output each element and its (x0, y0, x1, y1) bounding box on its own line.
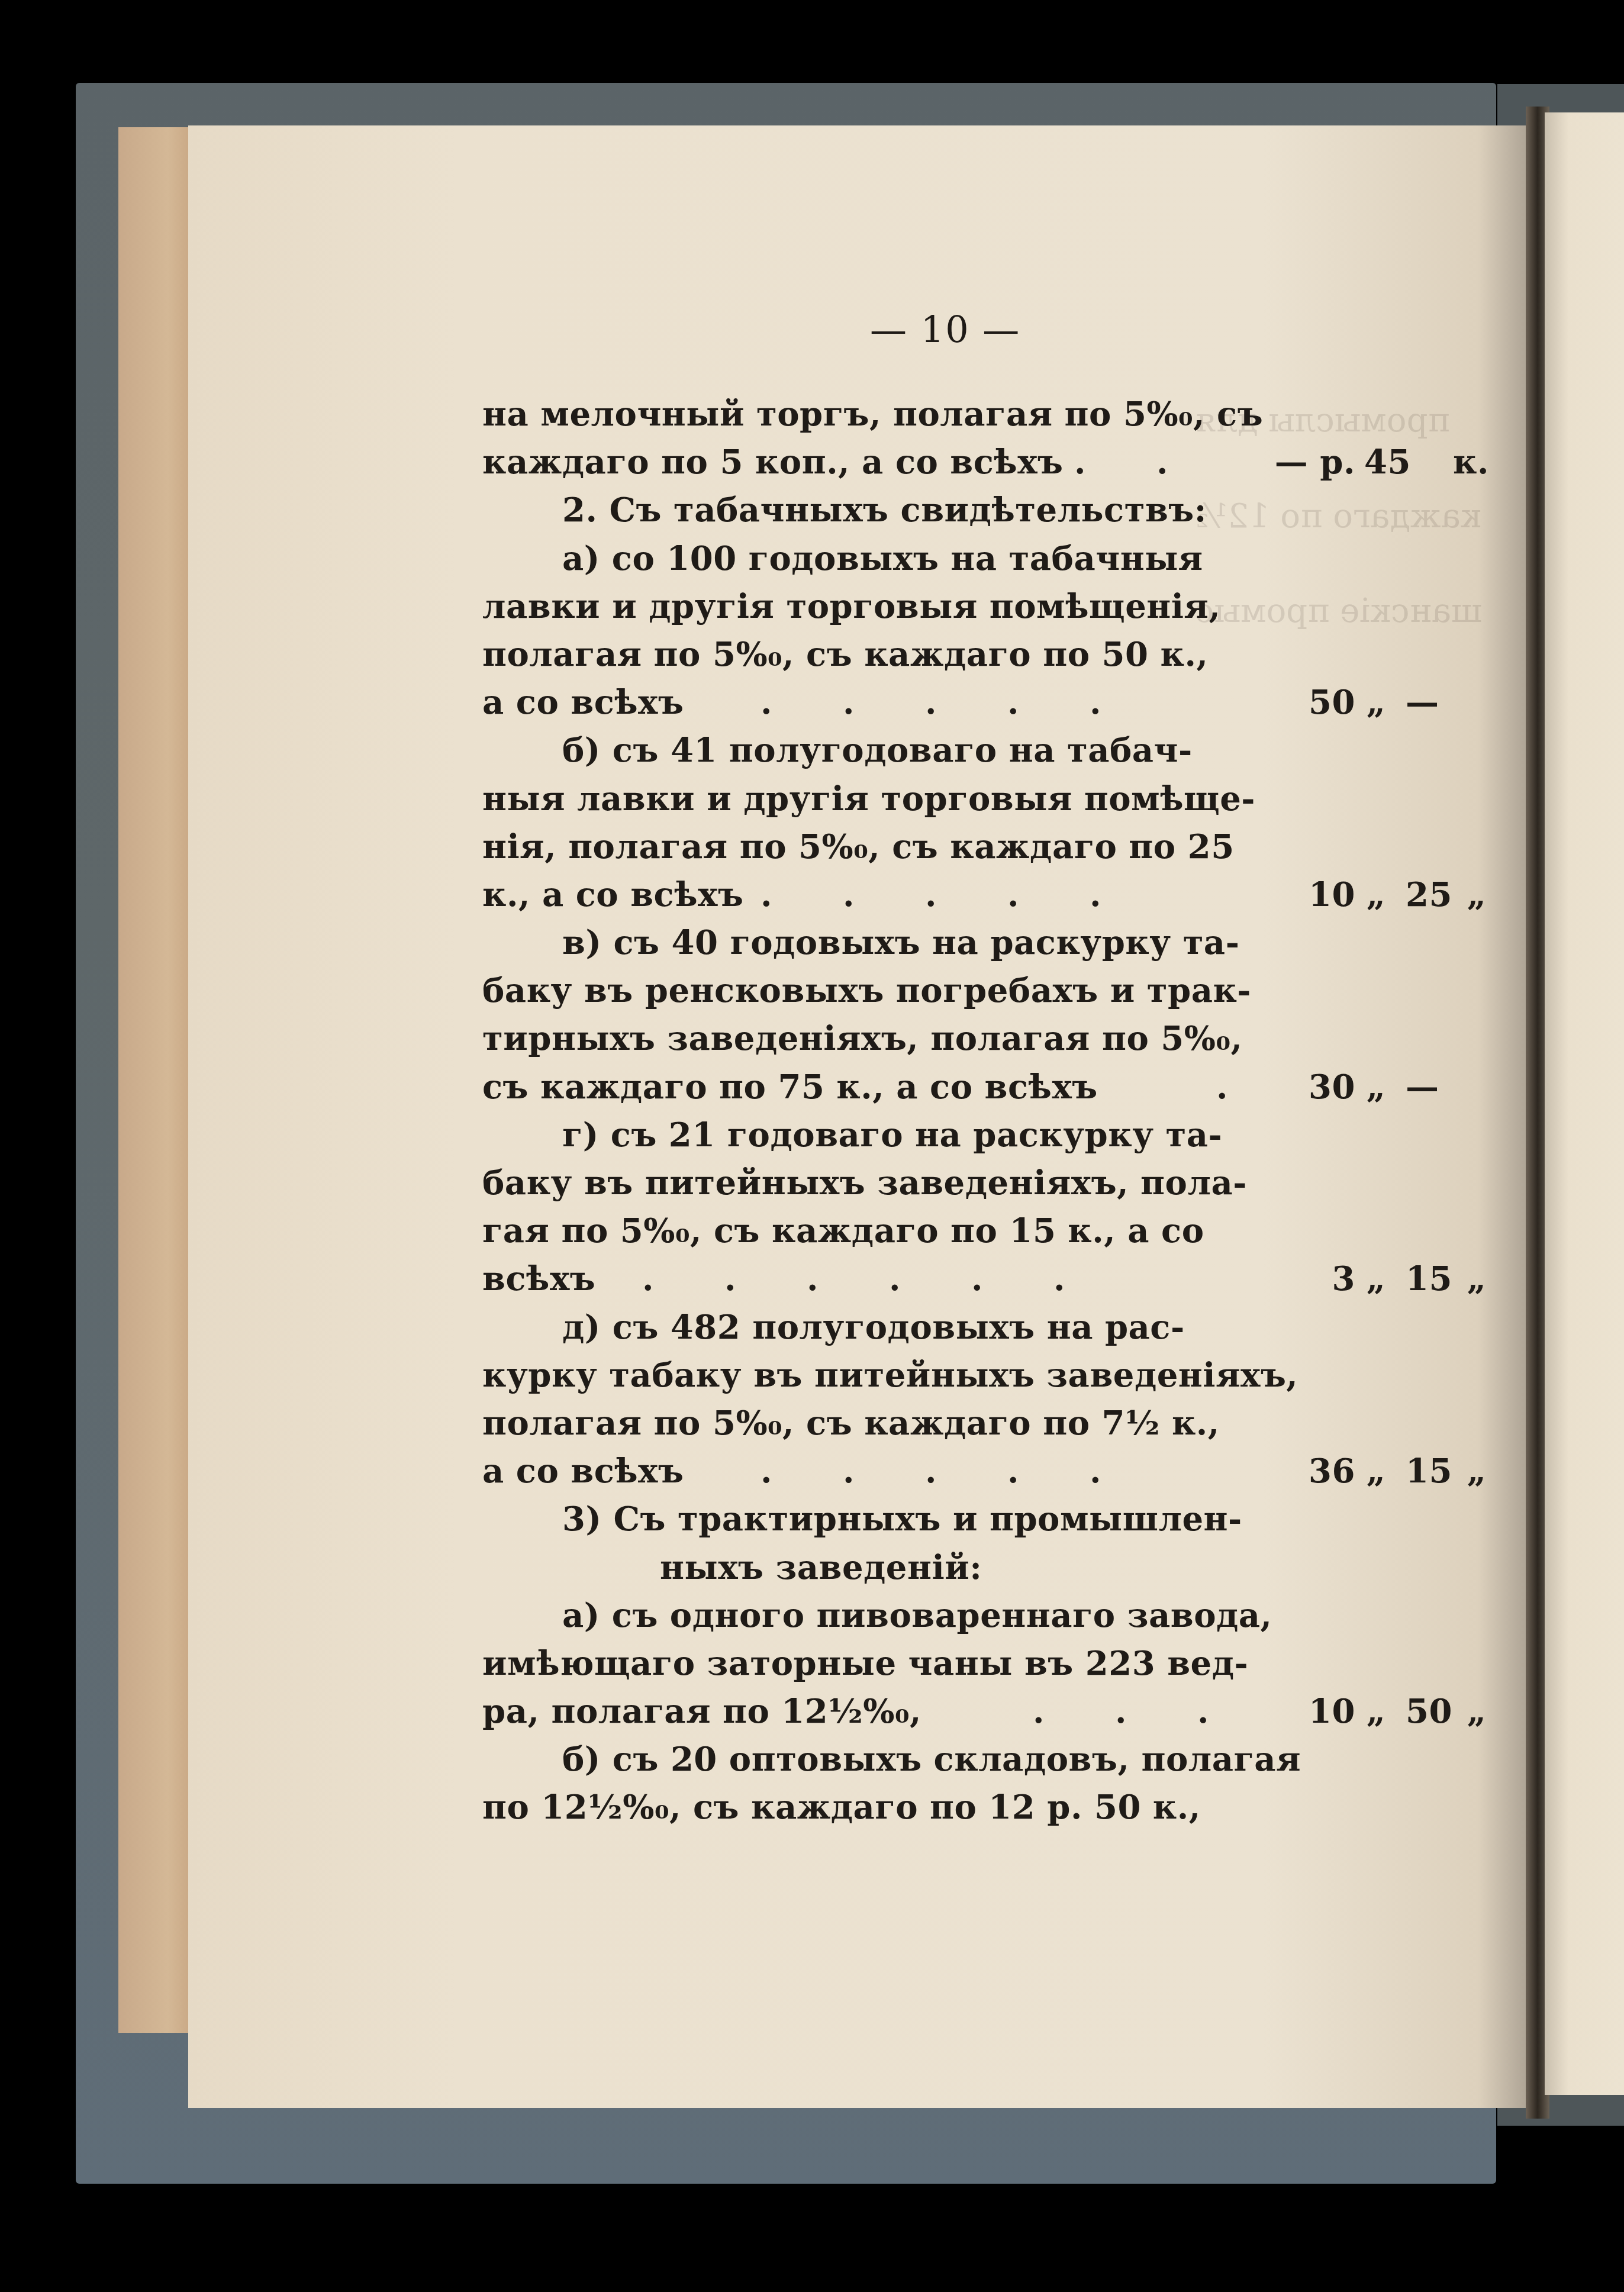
amount-rubles: 3 (1255, 1255, 1355, 1303)
section-heading: 3) Съ трактирныхъ и промышлен- (482, 1495, 1488, 1543)
flyleaf-edge (118, 127, 189, 2033)
amount-kopecks: 45 (1364, 439, 1435, 486)
amount-rubles: 50 (1255, 679, 1355, 727)
text-line: имѣющаго заторные чаны въ 223 вед- (482, 1640, 1488, 1688)
dot-leader: . (1216, 1063, 1258, 1111)
text-line: лавки и другія торговыя помѣщенія, (482, 583, 1488, 631)
amount-rubles: 30 (1255, 1063, 1355, 1111)
ditto-mark: „ (1465, 1688, 1488, 1736)
text-line: б) съ 41 полугодоваго на табач- (482, 727, 1488, 775)
text-line-with-amount: а со всѣхъ . . . . . 50 „ — (482, 679, 1488, 727)
text-line: б) съ 20 оптовыхъ складовъ, полагая (482, 1736, 1488, 1784)
text-line: баку въ питейныхъ заведеніяхъ, пола- (482, 1159, 1488, 1207)
text-line-with-amount: каждаго по 5 коп., а со всѣхъ . . — р. 4… (482, 439, 1488, 486)
text-line-with-amount: съ каждаго по 75 к., а со всѣхъ . 30 „ — (482, 1063, 1488, 1111)
ditto-mark: „ (1364, 1448, 1388, 1495)
text-line: тирныхъ заведеніяхъ, полагая по 5%₀, (482, 1015, 1488, 1063)
text-line: г) съ 21 годоваго на раскурку та- (482, 1111, 1488, 1159)
body-text: на мелочный торгъ, полагая по 5%₀, съ ка… (482, 391, 1488, 1832)
dot-leader: . . . (1033, 1688, 1238, 1736)
ditto-mark: „ (1364, 1063, 1388, 1111)
ditto-mark: „ (1364, 1255, 1388, 1303)
text-line: на мелочный торгъ, полагая по 5%₀, съ (482, 391, 1488, 439)
amount-rubles: 10 (1255, 871, 1355, 919)
text-line-with-amount: а со всѣхъ . . . . . 36 „ 15 „ (482, 1448, 1488, 1495)
section-heading: 2. Съ табачныхъ свидѣтельствъ: (482, 486, 1488, 534)
dot-leader: . . (1074, 439, 1198, 486)
amount-kopecks: — (1406, 679, 1477, 727)
text-line: ныя лавки и другія торговыя помѣще- (482, 775, 1488, 823)
text-line: в) съ 40 годовыхъ на раскурку та- (482, 919, 1488, 967)
text-line: нія, полагая по 5%₀, съ каждаго по 25 (482, 823, 1488, 871)
dot-leader: . . . . . . (642, 1255, 1094, 1303)
amount-rubles: — р. (1255, 439, 1355, 486)
text-line: полагая по 5%₀, съ каждаго по 7½ к., (482, 1400, 1488, 1448)
dot-leader: . . . . . (761, 679, 1130, 727)
ditto-mark: „ (1364, 679, 1388, 727)
dot-leader: . . . . . (761, 1448, 1130, 1495)
text-line: а) со 100 годовыхъ на табачныя (482, 535, 1488, 583)
text-line-with-amount: ра, полагая по 12½%₀, . . . 10 „ 50 „ (482, 1688, 1488, 1736)
section-heading: ныхъ заведеній: (482, 1544, 1488, 1592)
text-line: баку въ ренсковыхъ погребахъ и трак- (482, 967, 1488, 1015)
amount-kopecks: — (1406, 1063, 1477, 1111)
text-line: полагая по 5%₀, съ каждаго по 50 к., (482, 631, 1488, 679)
page-number: — 10 — (870, 308, 1020, 351)
text-line-with-amount: к., а со всѣхъ . . . . . 10 „ 25 „ (482, 871, 1488, 919)
text-line: гая по 5%₀, съ каждаго по 15 к., а со (482, 1207, 1488, 1255)
text-line-with-amount: всѣхъ . . . . . . 3 „ 15 „ (482, 1255, 1488, 1303)
dot-leader: . . . . . (761, 871, 1130, 919)
amount-rubles: 36 (1255, 1448, 1355, 1495)
text-line: курку табаку въ питейныхъ заведеніяхъ, (482, 1352, 1488, 1400)
ditto-mark: „ (1465, 871, 1488, 919)
ditto-mark: „ (1364, 1688, 1388, 1736)
amount-rubles: 10 (1255, 1688, 1355, 1736)
next-page-edge: а п п р н т н с с с (1545, 112, 1624, 2095)
amount-unit: к. (1453, 439, 1489, 486)
ditto-mark: „ (1364, 871, 1388, 919)
text-line: а) съ одного пивовареннаго завода, (482, 1592, 1488, 1640)
text-line: д) съ 482 полугодовыхъ на рас- (482, 1304, 1488, 1352)
ditto-mark: „ (1465, 1448, 1488, 1495)
ditto-mark: „ (1465, 1255, 1488, 1303)
text-line: по 12½%₀, съ каждаго по 12 р. 50 к., (482, 1784, 1488, 1832)
